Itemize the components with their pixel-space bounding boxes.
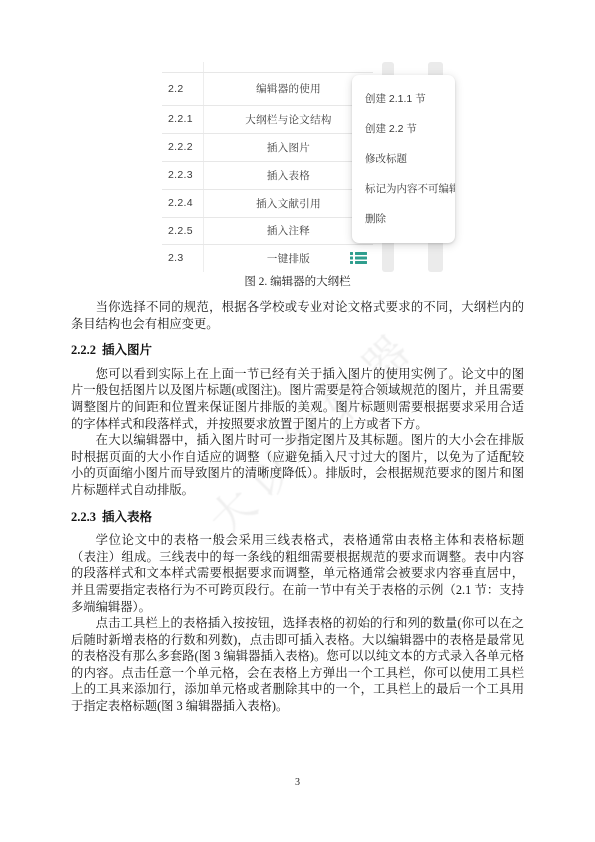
outline-row-number: 2.2.5 [162,225,204,237]
menu-item-mark-readonly: 标记为内容不可编辑 [352,174,455,204]
outline-row-number: 2.2.4 [162,197,204,209]
paragraph: 点击工具栏上的表格插入按按钮，选择表格的初始的行和列的数量(你可以在之后随时新增… [71,615,524,715]
outline-table: 2.2 编辑器的使用 2.2.1 大纲栏与论文结构 2.2.2 插入图片 2.2… [162,62,373,272]
outline-context-menu: 创建 2.1.1 节 创建 2.2 节 修改标题 标记为内容不可编辑 删除 [352,75,455,243]
outline-row-number: 2.2.3 [162,169,204,181]
menu-item-create-2-2: 创建 2.2 节 [352,114,455,144]
figure-editor-outline: 2.2 编辑器的使用 2.2.1 大纲栏与论文结构 2.2.2 插入图片 2.2… [135,62,460,272]
outline-row: 2.2.1 大纲栏与论文结构 [162,105,373,134]
section-heading-insert-image: 2.2.2插入图片 [71,342,524,359]
outline-row: 2.3 一键排版 [162,244,373,272]
menu-item-delete: 删除 [352,204,455,234]
outline-row-title: 插入文献引用 [204,196,373,211]
section-heading-insert-table: 2.2.3插入表格 [71,509,524,526]
outline-row: 2.2 编辑器的使用 [162,72,373,106]
outline-row-title: 插入表格 [204,168,373,183]
outline-row-title: 插入注释 [204,223,373,238]
outline-row-title: 大纲栏与论文结构 [204,112,373,127]
section-number: 2.2.2 [71,343,96,357]
menu-item-create-2-1-1: 创建 2.1.1 节 [352,84,455,114]
outline-row-number: 2.2.1 [162,113,204,125]
paragraph: 在大以编辑器中，插入图片时可一步指定图片及其标题。图片的大小会在排版时根据页面的… [71,432,524,498]
outline-row-number: 2.2.2 [162,141,204,153]
outline-row: 2.2.2 插入图片 [162,133,373,162]
section-title: 插入表格 [102,510,152,524]
outline-row-number: 2.2 [162,83,204,95]
paragraph: 学位论文中的表格一般会采用三线表格式，表格通常由表格主体和表格标题（表注）组成。… [71,532,524,615]
document-body: 当你选择不同的规范，根据各学校或专业对论文格式要求的不同，大纲栏内的条目结构也会… [71,299,524,715]
outline-row-title: 插入图片 [204,140,373,155]
paragraph: 当你选择不同的规范，根据各学校或专业对论文格式要求的不同，大纲栏内的条目结构也会… [71,299,524,332]
outline-row: 2.2.3 插入表格 [162,161,373,190]
document-page: 大以编辑器 2.2 编辑器的使用 2.2.1 大纲栏与论文结构 2.2.2 插入… [0,0,595,842]
section-number: 2.2.3 [71,510,96,524]
menu-item-rename-title: 修改标题 [352,144,455,174]
outline-row-title: 编辑器的使用 [204,81,373,96]
page-number: 3 [0,777,595,788]
paragraph: 您可以看到实际上在上面一节已经有关于插入图片的使用实例了。论文中的图片一般包括图… [71,366,524,432]
section-title: 插入图片 [102,343,152,357]
outline-row: 2.2.5 插入注释 [162,217,373,245]
outline-row: 2.2.4 插入文献引用 [162,189,373,218]
format-list-icon [350,252,367,264]
outline-row-title: 一键排版 [204,251,373,266]
figure-caption: 图 2. 编辑器的大纲栏 [0,273,595,289]
outline-row-number: 2.3 [162,252,204,264]
